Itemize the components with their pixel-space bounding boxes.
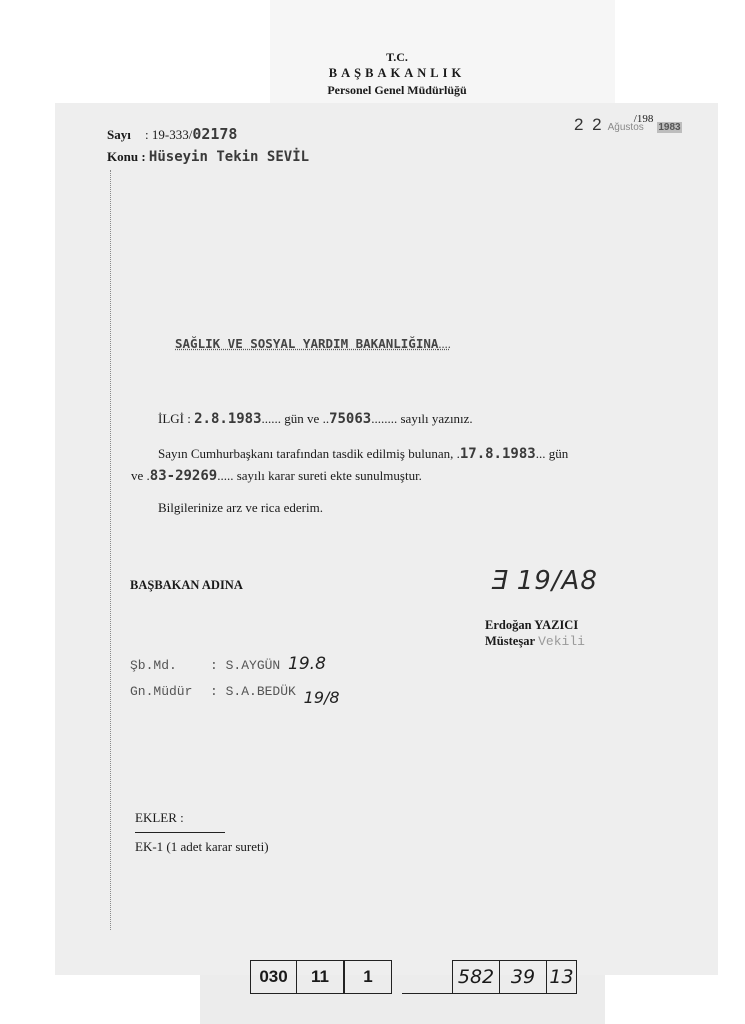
date-block: 2 2 Ağustos /198 1983: [574, 115, 682, 135]
konu-line: Konu : Hüseyin Tekin SEVİL: [107, 149, 309, 165]
signatory-title: Müsteşar: [485, 634, 535, 648]
archive-box: 582: [452, 960, 500, 994]
letterhead-tc: T.C.: [247, 50, 547, 65]
addressee-text: SAĞLIK VE SOSYAL YARDIM BAKANLIĞINA: [175, 336, 438, 351]
konu-value: Hüseyin Tekin SEVİL: [149, 149, 309, 165]
ilgi-number: 75063: [329, 411, 371, 427]
signatory-name: Erdoğan YAZICI: [485, 618, 578, 633]
approval-initials: 19.8: [288, 654, 326, 674]
approval-row: Şb.Md.: S.AYGÜN 19.8: [130, 654, 326, 674]
letterhead-ministry: BAŞBAKANLIK: [247, 66, 547, 81]
paragraph-line-2: ve .83-29269..... sayılı karar sureti ek…: [131, 468, 422, 484]
archive-box: 13: [547, 960, 577, 994]
handwritten-signature: Ǝ 19/A8: [490, 566, 598, 596]
margin-dotted-rule: [110, 170, 111, 930]
addressee: SAĞLIK VE SOSYAL YARDIM BAKANLIĞINA....: [175, 336, 451, 352]
attachments-rule: [135, 832, 225, 833]
signatory-title-suffix: Vekili: [538, 634, 585, 649]
date-year-printed: /198: [634, 113, 654, 125]
attachments-label: EKLER :: [135, 810, 184, 826]
date-year-stamp: 1983: [657, 122, 681, 133]
signatory-title-line: Müsteşar Vekili: [485, 634, 585, 649]
sayi-line: Sayı: 19-333/02178: [107, 125, 237, 143]
closing-line: Bilgilerinize arz ve rica ederim.: [158, 500, 323, 516]
archive-box: 1: [344, 960, 392, 994]
ilgi-date: 2.8.1983: [194, 411, 261, 427]
approval-name: S.AYGÜN: [226, 658, 281, 673]
approval-role: Gn.Müdür: [130, 684, 210, 699]
archive-box: 11: [297, 960, 344, 994]
decree-number: 83-29269: [150, 468, 217, 484]
ilgi-line: İLGİ : 2.8.1983...... gün ve ..75063....…: [158, 411, 473, 427]
letterhead-department: Personel Genel Müdürlüğü: [247, 83, 547, 98]
approval-role: Şb.Md.: [130, 658, 210, 673]
ilgi-label: İLGİ :: [158, 411, 191, 426]
sayi-number: 02178: [192, 125, 237, 143]
archive-box: 39: [500, 960, 547, 994]
paragraph-line-1: Sayın Cumhurbaşkanı tarafından tasdik ed…: [158, 446, 568, 462]
archive-box: [402, 960, 452, 994]
date-day: 2 2: [574, 115, 604, 134]
approval-row: Gn.Müdür: S.A.BEDÜK 19/8: [130, 680, 340, 699]
approval-initials: 19/8: [304, 688, 340, 707]
sayi-prefix: : 19-333/: [145, 127, 192, 142]
on-behalf-label: BAŞBAKAN ADINA: [130, 578, 243, 593]
decree-date: 17.8.1983: [460, 446, 536, 462]
approval-name: S.A.BEDÜK: [226, 684, 296, 699]
sayi-label: Sayı: [107, 127, 145, 143]
archive-box: 030: [250, 960, 297, 994]
attachment-item: EK-1 (1 adet karar sureti): [135, 839, 269, 855]
konu-label: Konu :: [107, 149, 146, 164]
